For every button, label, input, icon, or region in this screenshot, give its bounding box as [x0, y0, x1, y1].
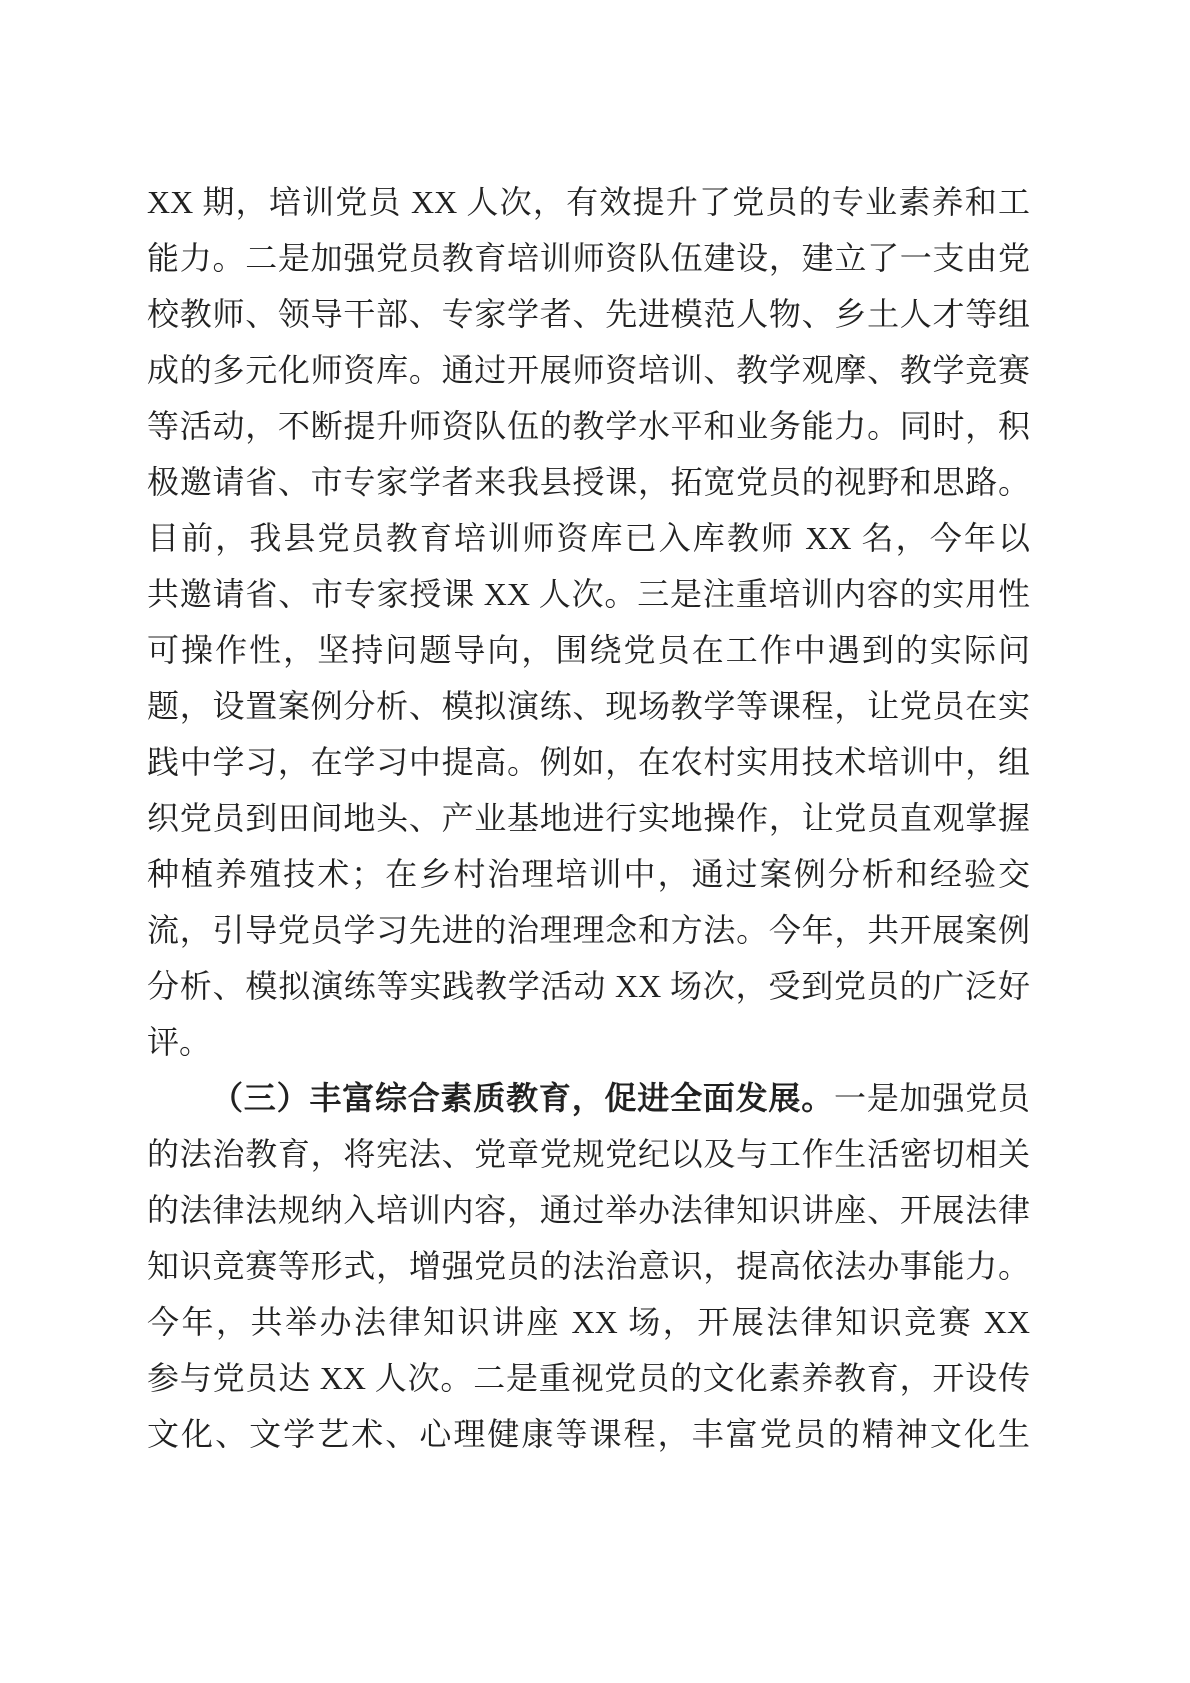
- text-run: 一是加强党员: [834, 1080, 1030, 1116]
- document-body: XX 期，培训党员 XX 人次，有效提升了党员的专业素养和工作 能力。二是加强党…: [147, 174, 1030, 1462]
- text-line-23: 文化、文学艺术、心理健康等课程，丰富党员的精神文化生: [147, 1406, 1030, 1462]
- text-line-10: 题，设置案例分析、模拟演练、现场教学等课程，让党员在实: [147, 678, 1030, 734]
- text-line-20: 知识竞赛等形式，增强党员的法治意识，提高依法办事能力。: [147, 1238, 1030, 1294]
- text-line-17-section-start: （三）丰富综合素质教育，促进全面发展。一是加强党员: [147, 1070, 1030, 1126]
- text-run: 流，引导党员学习先进的治理理念和方法。今年，共开展案例: [147, 912, 1030, 948]
- text-run: 目前，我县党员教育培训师资库已入库教师 XX 名，今年以来，: [147, 520, 1030, 566]
- text-run: 的法律法规纳入培训内容，通过举办法律知识讲座、开展法律: [147, 1192, 1030, 1228]
- text-run: 织党员到田间地头、产业基地进行实地操作，让党员直观掌握: [147, 800, 1030, 836]
- text-line-15: 分析、模拟演练等实践教学活动 XX 场次，受到党员的广泛好: [147, 958, 1030, 1014]
- text-line-02: 能力。二是加强党员教育培训师资队伍建设，建立了一支由党: [147, 230, 1030, 286]
- text-run: 践中学习，在学习中提高。例如，在农村实用技术培训中，组: [147, 744, 1030, 780]
- text-run: 能力。二是加强党员教育培训师资队伍建设，建立了一支由党: [147, 240, 1030, 276]
- text-run: 的法治教育，将宪法、党章党规党纪以及与工作生活密切相关: [147, 1136, 1030, 1172]
- text-run: 成的多元化师资库。通过开展师资培训、教学观摩、教学竞赛: [147, 352, 1030, 388]
- text-run: XX 期，培训党员 XX 人次，有效提升了党员的专业素养和工作: [147, 184, 1030, 230]
- text-line-08: 共邀请省、市专家授课 XX 人次。三是注重培训内容的实用性和: [147, 566, 1030, 622]
- text-line-22: 参与党员达 XX 人次。二是重视党员的文化素养教育，开设传统: [147, 1350, 1030, 1406]
- text-line-18: 的法治教育，将宪法、党章党规党纪以及与工作生活密切相关: [147, 1126, 1030, 1182]
- text-run: 文化、文学艺术、心理健康等课程，丰富党员的精神文化生: [147, 1416, 1030, 1452]
- text-run: 等活动，不断提升师资队伍的教学水平和业务能力。同时，积: [147, 408, 1030, 444]
- text-line-03: 校教师、领导干部、专家学者、先进模范人物、乡土人才等组: [147, 286, 1030, 342]
- text-line-14: 流，引导党员学习先进的治理理念和方法。今年，共开展案例: [147, 902, 1030, 958]
- text-run: 题，设置案例分析、模拟演练、现场教学等课程，让党员在实: [147, 688, 1030, 724]
- text-run: 今年，共举办法律知识讲座 XX 场，开展法律知识竞赛 XX 次，: [147, 1304, 1030, 1350]
- document-page: XX 期，培训党员 XX 人次，有效提升了党员的专业素养和工作 能力。二是加强党…: [0, 0, 1190, 1683]
- text-run: 极邀请省、市专家学者来我县授课，拓宽党员的视野和思路。: [147, 464, 1030, 500]
- text-line-05: 等活动，不断提升师资队伍的教学水平和业务能力。同时，积: [147, 398, 1030, 454]
- text-line-16-paragraph-end: 评。: [147, 1014, 1030, 1070]
- text-run: 分析、模拟演练等实践教学活动 XX 场次，受到党员的广泛好: [147, 968, 1030, 1004]
- text-line-12: 织党员到田间地头、产业基地进行实地操作，让党员直观掌握: [147, 790, 1030, 846]
- text-line-13: 种植养殖技术；在乡村治理培训中，通过案例分析和经验交: [147, 846, 1030, 902]
- text-line-09: 可操作性，坚持问题导向，围绕党员在工作中遇到的实际问: [147, 622, 1030, 678]
- text-line-19: 的法律法规纳入培训内容，通过举办法律知识讲座、开展法律: [147, 1182, 1030, 1238]
- text-line-04: 成的多元化师资库。通过开展师资培训、教学观摩、教学竞赛: [147, 342, 1030, 398]
- text-line-21: 今年，共举办法律知识讲座 XX 场，开展法律知识竞赛 XX 次，: [147, 1294, 1030, 1350]
- text-run: 评。: [147, 1024, 211, 1060]
- text-run: 共邀请省、市专家授课 XX 人次。三是注重培训内容的实用性和: [147, 576, 1030, 622]
- section-heading: （三）丰富综合素质教育，促进全面发展。: [211, 1080, 834, 1116]
- text-line-11: 践中学习，在学习中提高。例如，在农村实用技术培训中，组: [147, 734, 1030, 790]
- text-run: 校教师、领导干部、专家学者、先进模范人物、乡土人才等组: [147, 296, 1030, 332]
- text-run: 参与党员达 XX 人次。二是重视党员的文化素养教育，开设传统: [147, 1360, 1030, 1406]
- text-line-06: 极邀请省、市专家学者来我县授课，拓宽党员的视野和思路。: [147, 454, 1030, 510]
- text-run: 知识竞赛等形式，增强党员的法治意识，提高依法办事能力。: [147, 1248, 1030, 1284]
- text-line-07: 目前，我县党员教育培训师资库已入库教师 XX 名，今年以来，: [147, 510, 1030, 566]
- text-run: 种植养殖技术；在乡村治理培训中，通过案例分析和经验交: [147, 856, 1030, 892]
- text-line-01: XX 期，培训党员 XX 人次，有效提升了党员的专业素养和工作: [147, 174, 1030, 230]
- text-run: 可操作性，坚持问题导向，围绕党员在工作中遇到的实际问: [147, 632, 1030, 668]
